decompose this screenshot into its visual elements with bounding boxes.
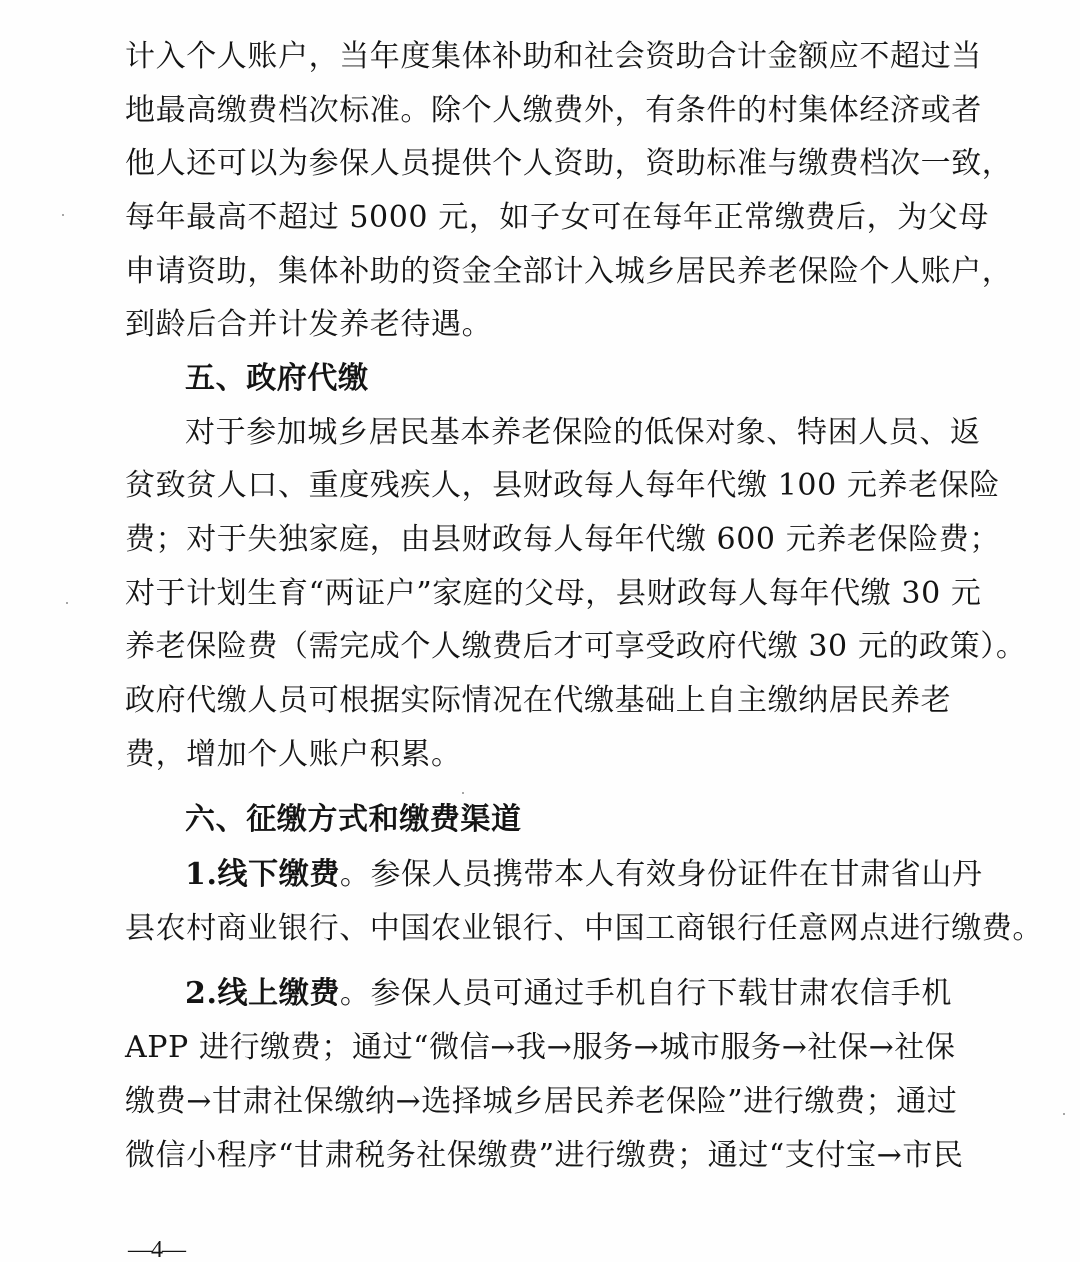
section-heading-government-payment: 五、政府代缴 (185, 361, 369, 397)
section-heading-payment-channels: 六、征缴方式和缴费渠道 (185, 802, 522, 838)
body-line: 政府代缴人员可根据实际情况在代缴基础上自主缴纳居民养老 (125, 683, 951, 719)
scan-speck (1063, 1113, 1065, 1115)
item-offline-payment: 1.线下缴费。参保人员携带本人有效身份证件在甘肃省山丹 (185, 857, 983, 893)
body-line: 县农村商业银行、中国农业银行、中国工商银行任意网点进行缴费。 (125, 911, 1043, 947)
body-line: 地最高缴费档次标准。除个人缴费外，有条件的村集体经济或者 (125, 93, 982, 129)
body-line: 他人还可以为参保人员提供个人资助，资助标准与缴费档次一致， (125, 146, 1012, 182)
item-label: 2.线上缴费 (185, 976, 340, 1011)
item-label: 1.线下缴费 (185, 857, 340, 892)
item-text: 。参保人员可通过手机自行下载甘肃农信手机 (340, 976, 952, 1011)
body-line: 每年最高不超过 5000 元，如子女可在每年正常缴费后，为父母 (125, 200, 989, 236)
body-line: 对于计划生育“两证户”家庭的父母，县财政每人每年代缴 30 元 (125, 576, 982, 612)
body-line: 对于参加城乡居民基本养老保险的低保对象、特困人员、返 (185, 415, 981, 451)
scan-speck (62, 214, 64, 216)
body-line: 缴费→甘肃社保缴纳→选择城乡居民养老保险”进行缴费；通过 (125, 1084, 957, 1120)
body-line: 费；对于失独家庭，由县财政每人每年代缴 600 元养老保险费； (125, 522, 1000, 558)
body-line: 养老保险费（需完成个人缴费后才可享受政府代缴 30 元的政策）。 (125, 629, 1026, 665)
body-line: APP 进行缴费；通过“微信→我→服务→城市服务→社保→社保 (125, 1030, 956, 1066)
scan-speck (66, 602, 68, 604)
body-line: 到龄后合并计发养老待遇。 (125, 307, 492, 343)
body-line: 微信小程序“甘肃税务社保缴费”进行缴费；通过“支付宝→市民 (125, 1138, 964, 1174)
body-line: 费，增加个人账户积累。 (125, 737, 462, 773)
scan-speck (462, 792, 464, 794)
page-number: —4— (128, 1236, 185, 1262)
body-line: 申请资助，集体补助的资金全部计入城乡居民养老保险个人账户， (125, 254, 1012, 290)
document-page: 计入个人账户，当年度集体补助和社会资助合计金额应不超过当 地最高缴费档次标准。除… (0, 0, 1080, 1262)
body-line: 贫致贫人口、重度残疾人，县财政每人每年代缴 100 元养老保险 (125, 468, 1000, 504)
item-online-payment: 2.线上缴费。参保人员可通过手机自行下载甘肃农信手机 (185, 976, 952, 1012)
item-text: 。参保人员携带本人有效身份证件在甘肃省山丹 (340, 857, 983, 892)
body-line: 计入个人账户，当年度集体补助和社会资助合计金额应不超过当 (125, 39, 982, 75)
